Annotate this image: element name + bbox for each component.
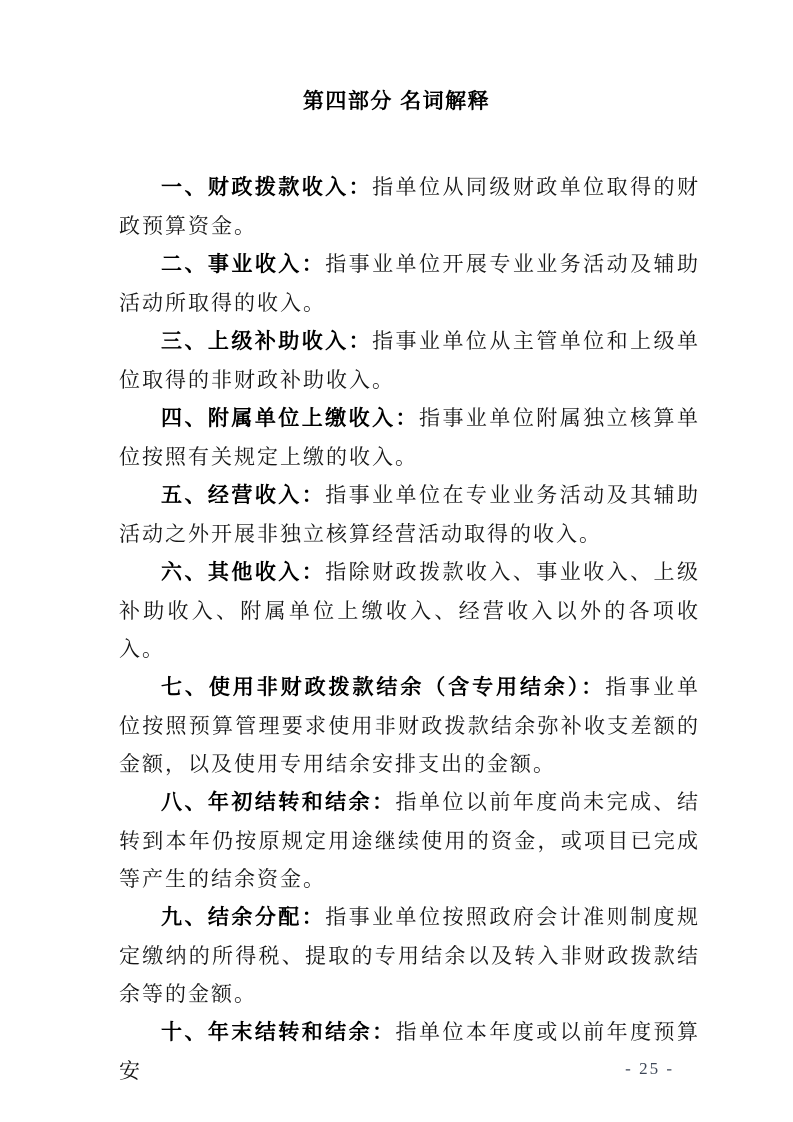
definition-item: 三、上级补助收入：指事业单位从主管单位和上级单位取得的非财政补助收入。 [119, 322, 700, 399]
definition-term: 八、年初结转和结余： [161, 791, 396, 814]
definition-item: 一、财政拨款收入：指单位从同级财政单位取得的财政预算资金。 [119, 168, 700, 245]
definition-item: 七、使用非财政拨款结余（含专用结余）：指事业单位按照预算管理要求使用非财政拨款结… [119, 668, 700, 783]
definition-item: 五、经营收入：指事业单位在专业业务活动及其辅助活动之外开展非独立核算经营活动取得… [119, 476, 700, 553]
definition-item: 六、其他收入：指除财政拨款收入、事业收入、上级补助收入、附属单位上缴收入、经营收… [119, 553, 700, 668]
definition-term: 六、其他收入： [161, 561, 325, 584]
document-page: 第四部分 名词解释 一、财政拨款收入：指单位从同级财政单位取得的财政预算资金。 … [0, 0, 793, 1122]
definition-term: 七、使用非财政拨款结余（含专用结余）： [161, 676, 605, 699]
definition-item: 十、年末结转和结余：指单位本年度或以前年度预算安 [119, 1013, 700, 1090]
definition-term: 十、年末结转和结余： [161, 1021, 396, 1044]
definition-term: 三、上级补助收入： [161, 330, 372, 353]
definition-item: 二、事业收入：指事业单位开展专业业务活动及辅助活动所取得的收入。 [119, 245, 700, 322]
definition-term: 四、附属单位上缴收入： [161, 407, 419, 430]
definition-item: 九、结余分配：指事业单位按照政府会计准则制度规定缴纳的所得税、提取的专用结余以及… [119, 898, 700, 1013]
definitions-list: 一、财政拨款收入：指单位从同级财政单位取得的财政预算资金。 二、事业收入：指事业… [119, 168, 700, 1090]
definition-item: 八、年初结转和结余：指单位以前年度尚未完成、结转到本年仍按原规定用途继续使用的资… [119, 783, 700, 898]
page-title: 第四部分 名词解释 [0, 87, 793, 117]
page-number: - 25 - [625, 1056, 674, 1082]
definition-item: 四、附属单位上缴收入：指事业单位附属独立核算单位按照有关规定上缴的收入。 [119, 399, 700, 476]
definition-term: 五、经营收入： [161, 484, 325, 507]
definition-term: 九、结余分配： [161, 906, 325, 929]
definition-term: 一、财政拨款收入： [161, 176, 372, 199]
definition-term: 二、事业收入： [161, 253, 325, 276]
